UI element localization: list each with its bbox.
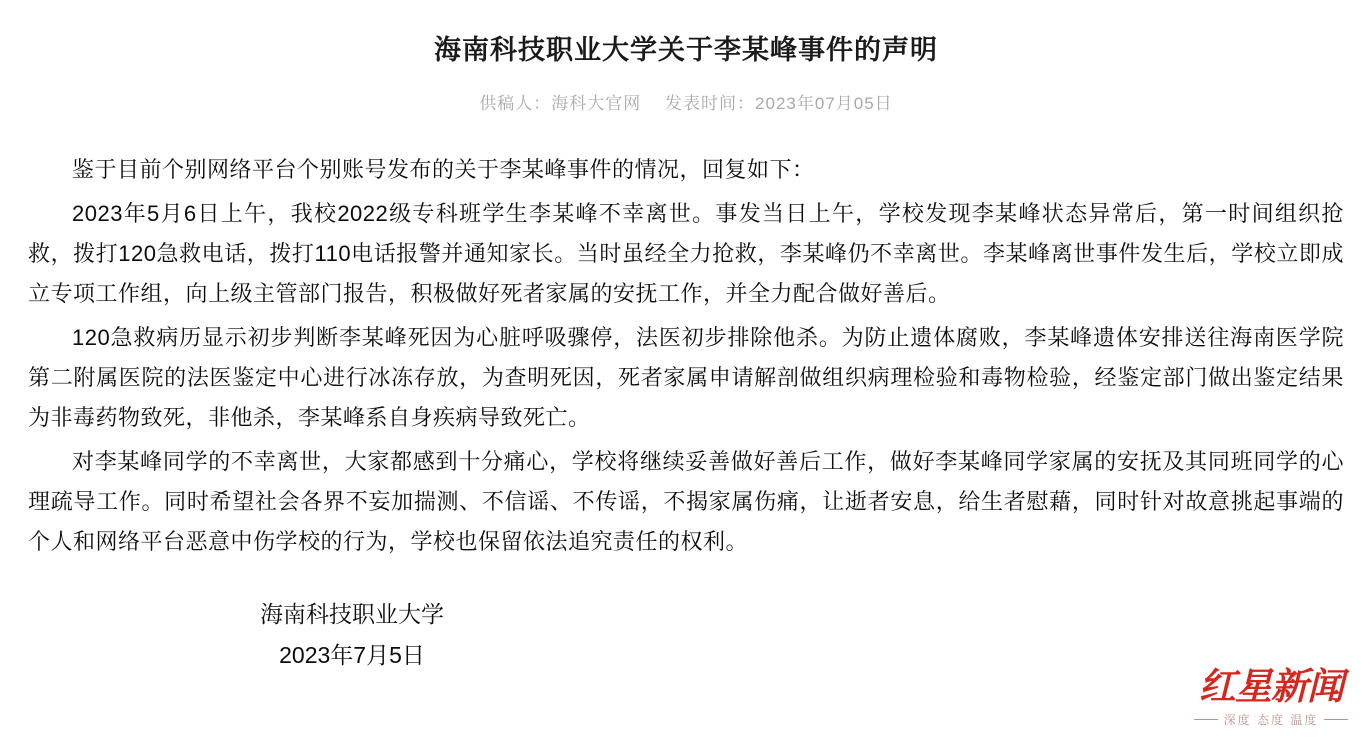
meta-publish-date: 发表时间：2023年07月05日 — [665, 94, 893, 113]
paragraph-closing: 对李某峰同学的不幸离世，大家都感到十分痛心，学校将继续妥善做好善后工作，做好李某… — [28, 442, 1344, 562]
hongxing-news-tagline-row: 深度 态度 温度 — [1186, 711, 1356, 728]
statement-page: 海南科技职业大学关于李某峰事件的声明 供稿人：海科大官网 发表时间：2023年0… — [0, 0, 1372, 744]
article-body: 鉴于目前个别网络平台个别账号发布的关于李某峰事件的情况，回复如下： 2023年5… — [28, 150, 1344, 562]
signature-date: 2023年7月5日 — [260, 635, 444, 676]
tagline-right-rule — [1324, 719, 1348, 720]
tagline-left-rule — [1194, 719, 1218, 720]
paragraph-cause-of-death: 120急救病历显示初步判断李某峰死因为心脏呼吸骤停，法医初步排除他杀。为防止遗体… — [28, 318, 1344, 438]
paragraph-incident: 2023年5月6日上午，我校2022级专科班学生李某峰不幸离世。事发当日上午，学… — [28, 194, 1344, 314]
article-meta: 供稿人：海科大官网 发表时间：2023年07月05日 — [28, 89, 1344, 114]
signature-name: 海南科技职业大学 — [260, 594, 444, 635]
signature-block: 海南科技职业大学 2023年7月5日 — [260, 594, 444, 676]
hongxing-news-logo-text: 红星新闻 — [1186, 666, 1356, 707]
hongxing-news-logo: 红星新闻 深度 态度 温度 — [1186, 666, 1356, 728]
meta-author: 供稿人：海科大官网 — [479, 94, 641, 113]
hongxing-news-tagline: 深度 态度 温度 — [1224, 711, 1319, 728]
paragraph-intro: 鉴于目前个别网络平台个别账号发布的关于李某峰事件的情况，回复如下： — [28, 150, 1344, 190]
page-title: 海南科技职业大学关于李某峰事件的声明 — [28, 28, 1344, 67]
